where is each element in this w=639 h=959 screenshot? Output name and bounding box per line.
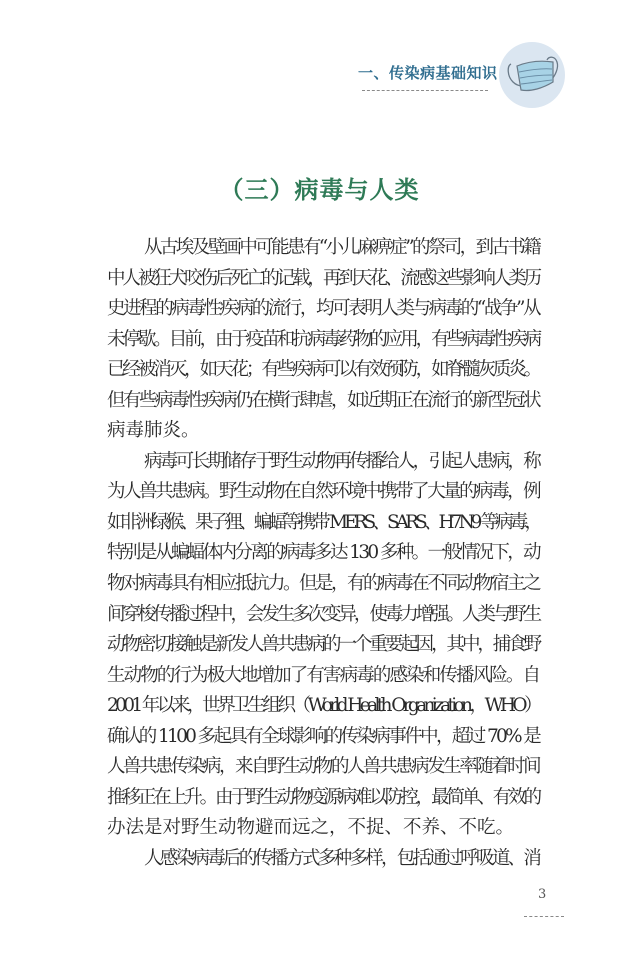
page-number: 3 — [538, 887, 546, 902]
text-line: 病毒可长期储存于野生动物再传播给人，引起人患病，称 — [107, 447, 539, 478]
page-header: 一、传染病基础知识 — [0, 0, 639, 110]
text-line: 史进程的病毒性疾病的流行，均可表明人类与病毒的“战争”从 — [107, 294, 539, 325]
text-line: 从古埃及壁画中可能患有“小儿麻痹症”的祭司，到古书籍 — [107, 233, 539, 264]
text-line: 人感染病毒后的传播方式多种多样，包括通过呼吸道、消 — [107, 844, 539, 875]
body-text: 从古埃及壁画中可能患有“小儿麻痹症”的祭司，到古书籍 中人被狂犬咬伤后死亡的记载… — [107, 233, 539, 874]
text-line: 2001 年以来，世界卫生组织（World Health Organizatio… — [107, 691, 539, 722]
text-line: 确认的 1100 多起具有全球影响的传染病事件中，超过 70% 是 — [107, 722, 539, 753]
text-line: 为人兽共患病。野生动物在自然环境中携带了大量的病毒，例 — [107, 477, 539, 508]
text-line: 办法是对野生动物避而远之，不捉、不养、不吃。 — [107, 813, 539, 844]
text-line: 但有些病毒性疾病仍在横行肆虐，如近期正在流行的新型冠状 — [107, 386, 539, 417]
text-line: 人兽共患传染病，来自野生动物的人兽共患病发生率随着时间 — [107, 752, 539, 783]
text-line: 间穿梭传播过程中，会发生多次变异，使毒力增强。人类与野生 — [107, 600, 539, 631]
text-line: 病毒肺炎。 — [107, 416, 539, 447]
text-line: 如非洲绿猴、果子狸、蝙蝠等携带 MERS、SARS、H7N9 等病毒， — [107, 508, 539, 539]
text-line: 中人被狂犬咬伤后死亡的记载，再到天花、流感这些影响人类历 — [107, 264, 539, 295]
page-title: （三）病毒与人类 — [0, 170, 639, 205]
text-line: 物对病毒具有相应抵抗力。但是，有的病毒在不同动物宿主之 — [107, 569, 539, 600]
page-number-underline — [524, 916, 564, 917]
text-line: 已经被消灭，如天花；有些疾病可以有效预防，如脊髓灰质炎。 — [107, 355, 539, 386]
text-line: 特别是从蝙蝠体内分离的病毒多达 130 多种。一般情况下，动 — [107, 538, 539, 569]
section-title-underline — [362, 90, 488, 91]
text-line: 生动物的行为极大地增加了有害病毒的感染和传播风险。自 — [107, 661, 539, 692]
face-mask-icon — [499, 42, 565, 108]
text-line: 推移正在上升。由于野生动物疫源病难以防控，最简单、有效的 — [107, 783, 539, 814]
text-line: 未停歇。目前，由于疫苗和抗病毒药物的应用，有些病毒性疾病 — [107, 325, 539, 356]
section-title: 一、传染病基础知识 — [358, 62, 498, 83]
text-line: 动物密切接触是新发人兽共患病的一个重要起因，其中，捕食野 — [107, 630, 539, 661]
